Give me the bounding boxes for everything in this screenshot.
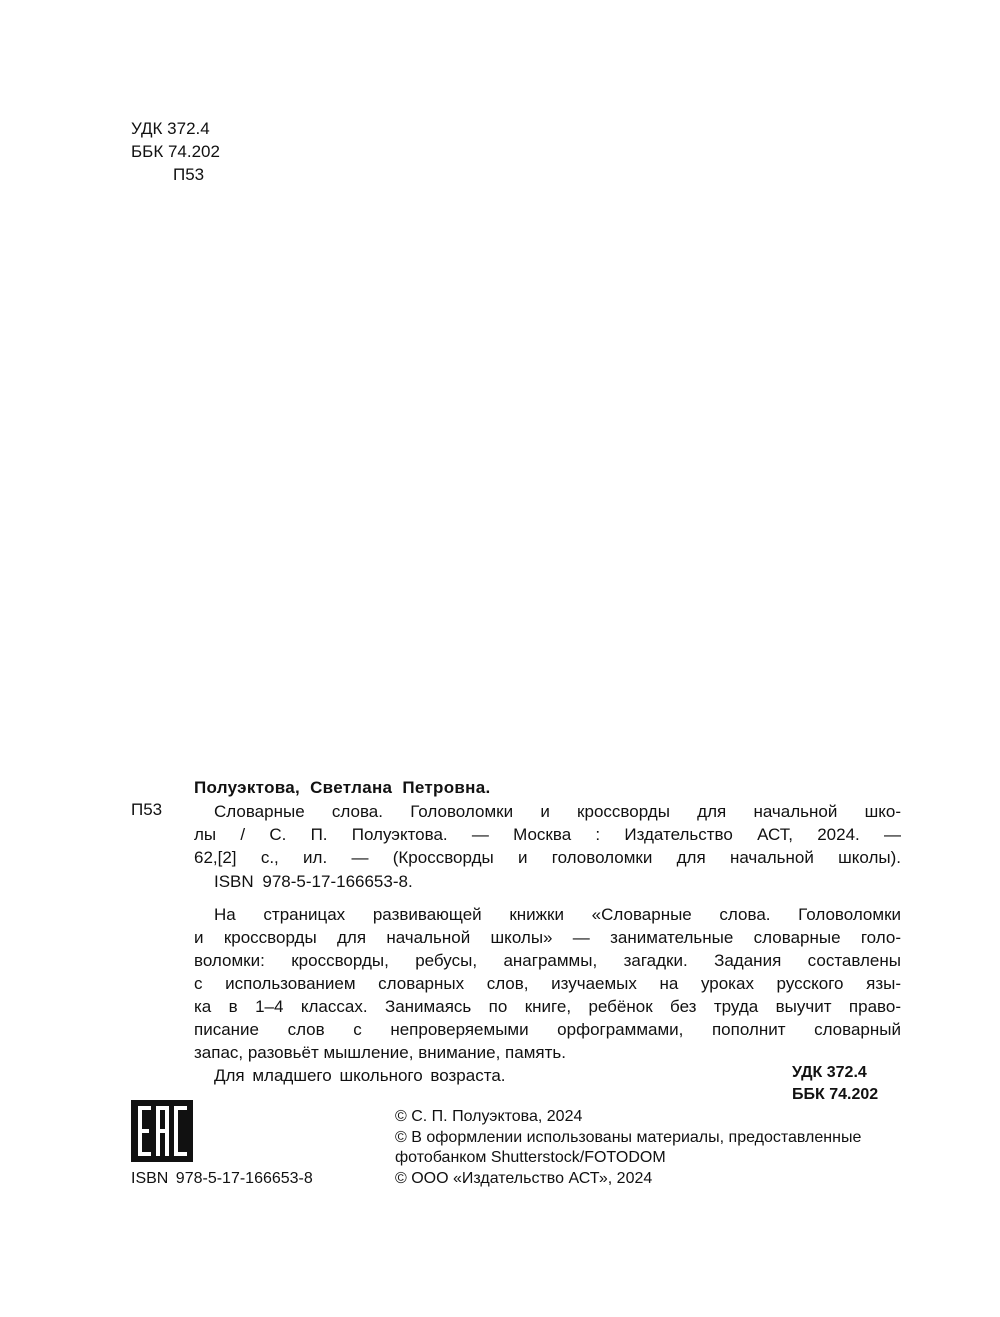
top-classification: УДК 372.4 ББК 74.202 П53: [131, 117, 220, 186]
record-isbn: ISBN 978-5-17-166653-8.: [214, 872, 413, 892]
annotation-line: ка в 1–4 классах. Занимаясь по книге, ре…: [194, 995, 901, 1018]
annotation-line: На страницах развивающей книжки «Словарн…: [214, 903, 901, 926]
udk-code: УДК 372.4: [131, 117, 220, 140]
description-line: 62,[2] с., ил. — (Кроссворды и головолом…: [194, 846, 901, 869]
audience-note: Для младшего школьного возраста.: [214, 1064, 506, 1087]
udk-code-bold: УДК 372.4: [792, 1062, 878, 1084]
annotation-line: с использованием словарных слов, изучаем…: [194, 972, 901, 995]
description-line: лы / С. П. Полуэктова. — Москва : Издате…: [194, 823, 901, 846]
copyright-line: © В оформлении использованы материалы, п…: [395, 1128, 861, 1149]
bottom-classification: УДК 372.4 ББК 74.202: [792, 1062, 878, 1106]
annotation-line: писание слов с непроверяемыми орфограмма…: [194, 1018, 901, 1041]
eac-mark-icon: [131, 1100, 193, 1162]
bbk-code-bold: ББК 74.202: [792, 1084, 878, 1106]
annotation-line: воломки: кроссворды, ребусы, анаграммы, …: [194, 949, 901, 972]
annotation-line: и кроссворды для начальной школы» — зани…: [194, 926, 901, 949]
copyright-block: © С. П. Полуэктова, 2024 © В оформлении …: [395, 1107, 861, 1189]
author-mark: П53: [131, 163, 220, 186]
description-line: Словарные слова. Головоломки и кроссворд…: [214, 800, 901, 823]
copyright-line: © С. П. Полуэктова, 2024: [395, 1107, 861, 1128]
annotation-line: запас, разовьёт мышление, внимание, памя…: [194, 1041, 566, 1064]
copyright-line: © ООО «Издательство АСТ», 2024: [395, 1169, 861, 1190]
author-mark-left: П53: [131, 800, 162, 820]
bbk-code: ББК 74.202: [131, 140, 220, 163]
isbn-bottom: ISBN 978-5-17-166653-8: [131, 1170, 313, 1188]
author-heading: Полуэктова, Светлана Петровна.: [194, 778, 490, 798]
copyright-line: фотобанком Shutterstock/FOTODOM: [395, 1148, 861, 1169]
